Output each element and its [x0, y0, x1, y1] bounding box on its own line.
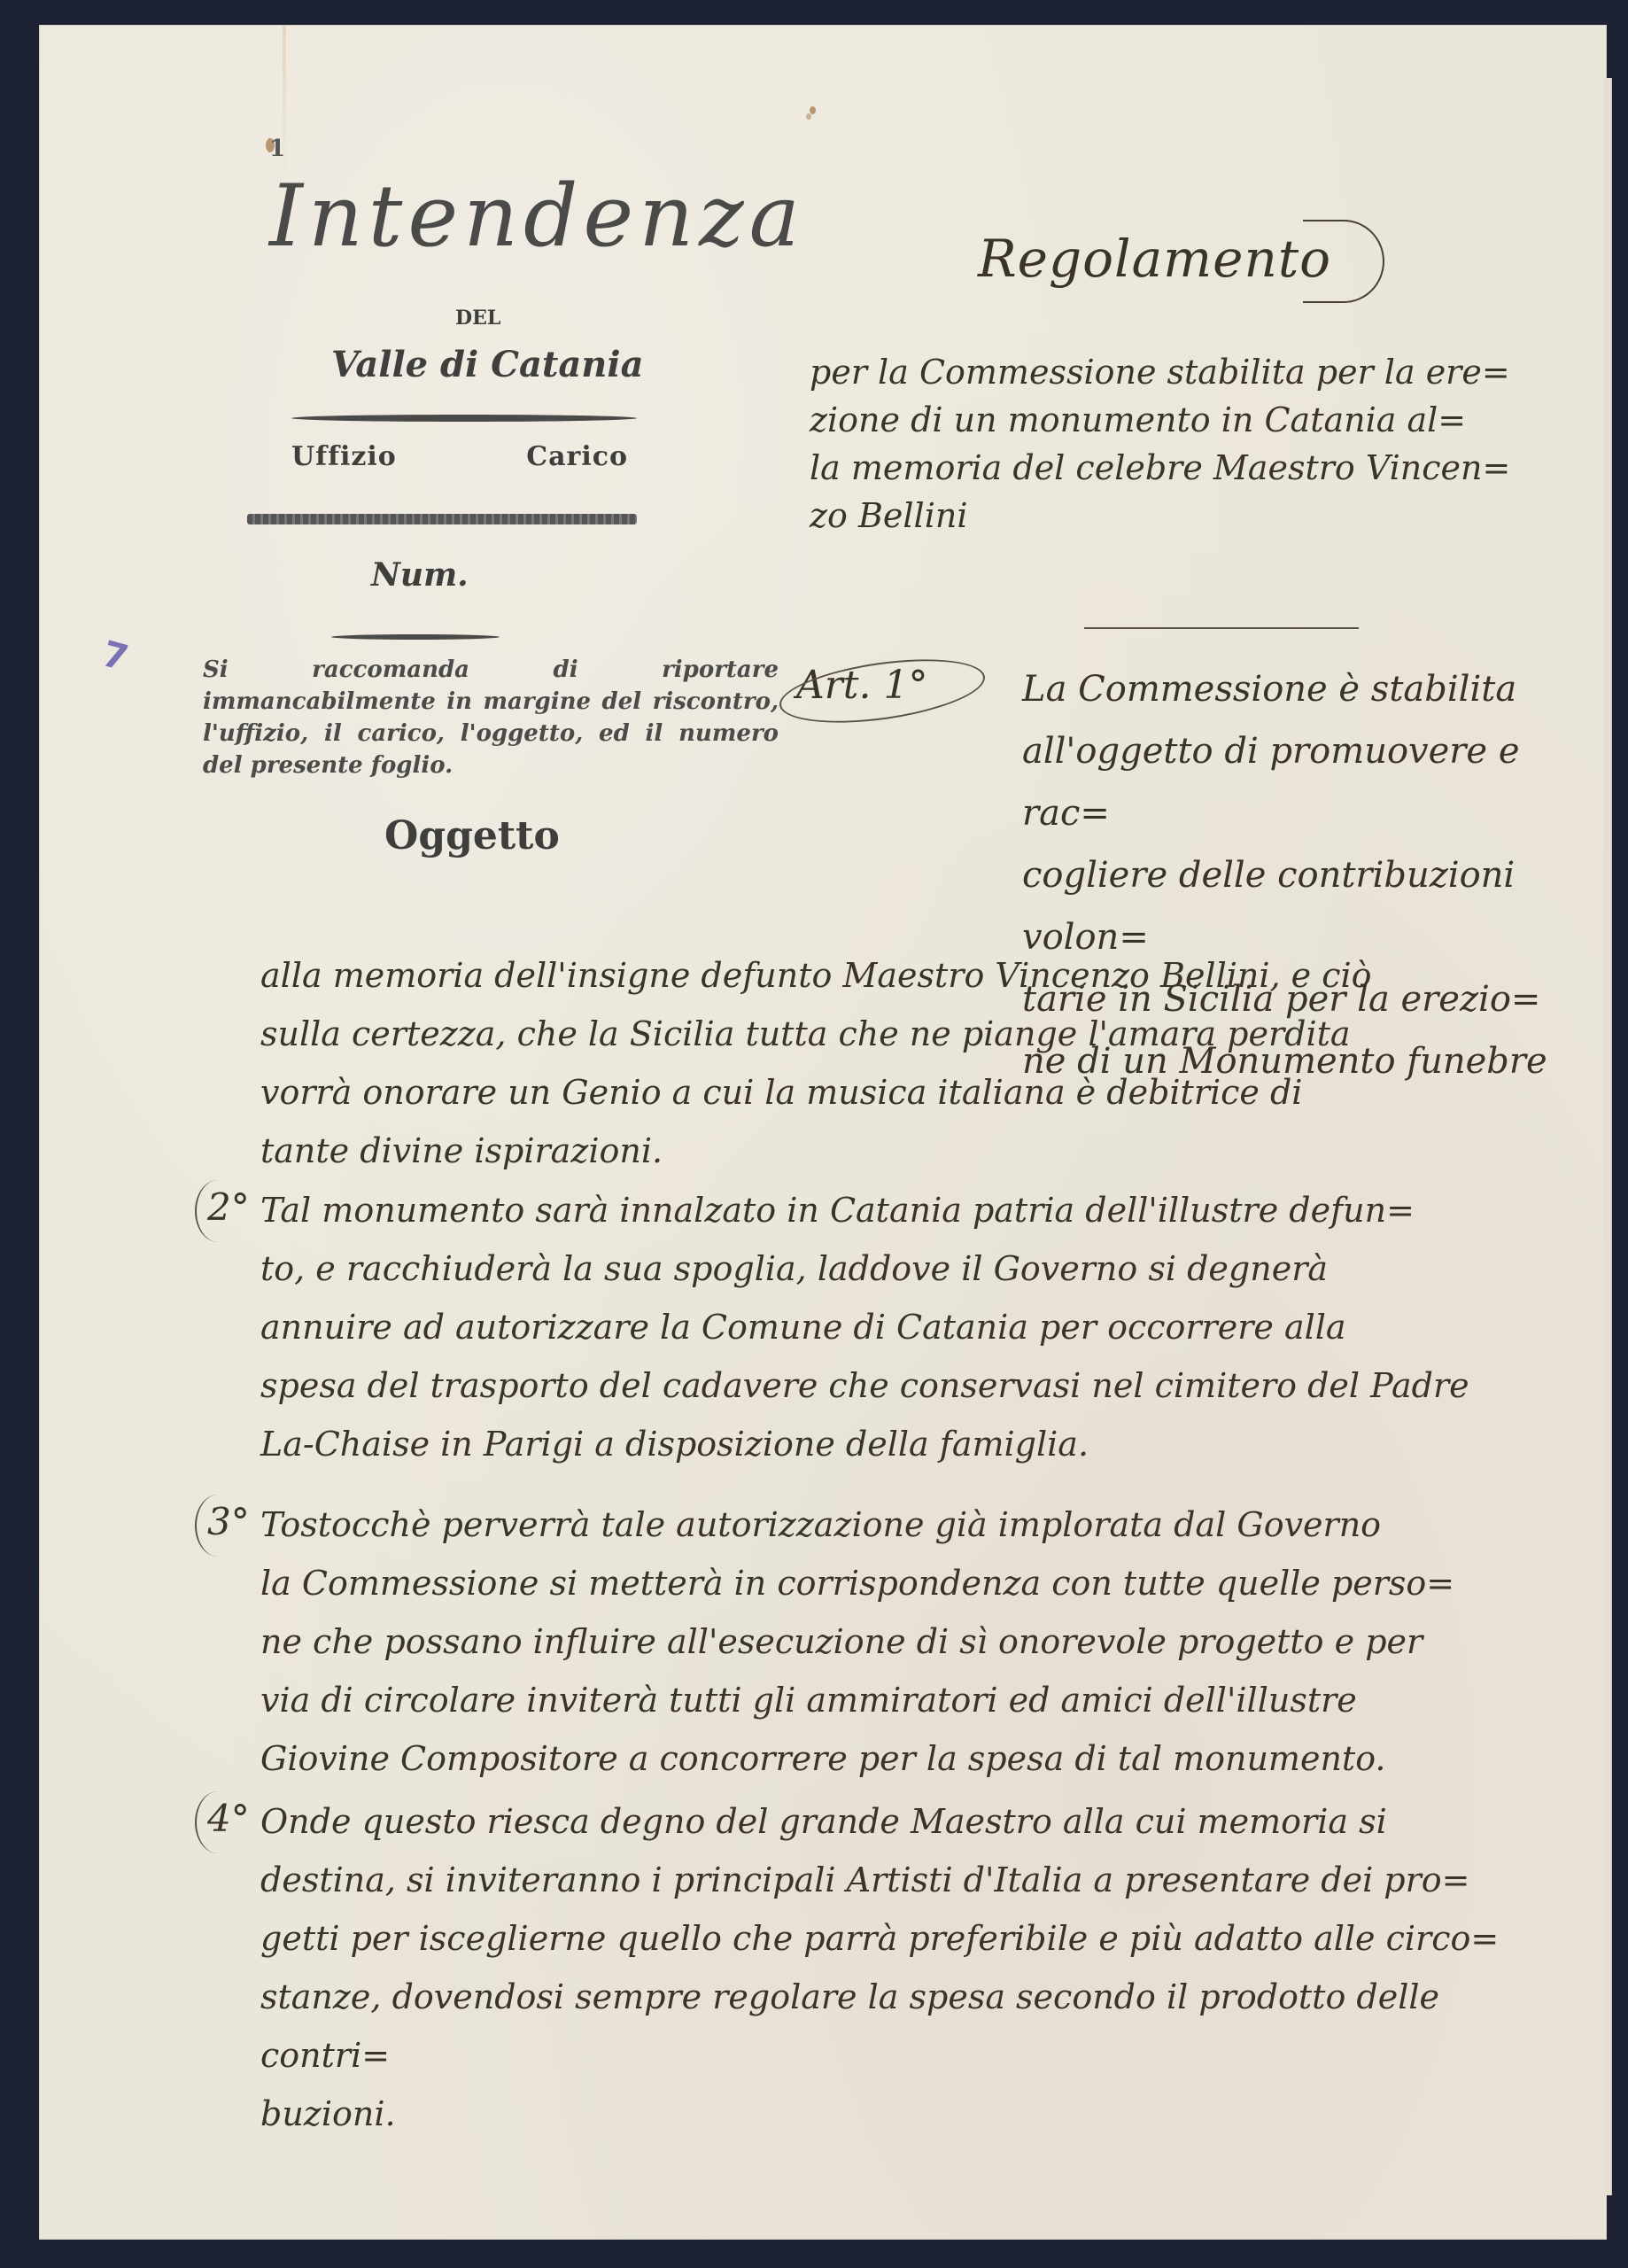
- article-line: sulla certezza, che la Sicilia tutta che…: [260, 1005, 1554, 1063]
- uffizio-label: Uffizio: [291, 441, 397, 472]
- manuscript-page: 1 Intendenza DEL Valle di Catania Uffizi…: [39, 25, 1607, 2240]
- preamble-line: zione di un monumento in Catania al=: [810, 396, 1536, 444]
- article-3-label: 3°: [207, 1500, 250, 1543]
- article-line: to, e racchiuderà la sua spoglia, laddov…: [260, 1239, 1554, 1298]
- article-4: Onde questo riesca degno del grande Maes…: [260, 1792, 1554, 2143]
- letterhead-province: Valle di Catania: [331, 344, 643, 385]
- article-line: vorrà onorare un Genio a cui la musica i…: [260, 1063, 1554, 1122]
- article-line: Tal monumento sarà innalzato in Catania …: [260, 1181, 1554, 1239]
- preamble-line: la memoria del celebre Maestro Vincen=: [810, 444, 1536, 492]
- article-line: tante divine ispirazioni.: [260, 1122, 1554, 1180]
- carico-label: Carico: [526, 441, 628, 472]
- page-mark: 1: [269, 136, 285, 162]
- article-line: la Commessione si metterà in corrisponde…: [260, 1554, 1554, 1612]
- article-4-label: 4°: [207, 1797, 250, 1840]
- margin-pencil-mark: 7: [98, 633, 133, 680]
- article-line: stanze, dovendosi sempre regolare la spe…: [260, 1968, 1554, 2085]
- preamble-line: per la Commessione stabilita per la ere=: [810, 348, 1536, 396]
- article-line: annuire ad autorizzare la Comune di Cata…: [260, 1298, 1554, 1356]
- article-line: buzioni.: [260, 2085, 1554, 2143]
- article-1-label: Art. 1°: [796, 663, 927, 708]
- letterhead-title: Intendenza: [269, 167, 805, 266]
- article-2-label: 2°: [207, 1185, 250, 1229]
- ornamental-divider: [291, 415, 637, 422]
- stacked-sheet-edge: [1604, 78, 1612, 2195]
- handwritten-rule: [1084, 627, 1359, 629]
- ornamental-divider: [331, 634, 500, 640]
- article-line: destina, si inviteranno i principali Art…: [260, 1851, 1554, 1909]
- article-line: alla memoria dell'insigne defunto Maestr…: [260, 946, 1554, 1005]
- thick-rule: [247, 514, 637, 524]
- ink-stain: [806, 113, 811, 120]
- preamble: per la Commessione stabilita per la ere=…: [810, 348, 1536, 540]
- article-line: getti per isceglierne quello che parrà p…: [260, 1909, 1554, 1968]
- article-line: La-Chaise in Parigi a disposizione della…: [260, 1415, 1554, 1473]
- article-line: via di circolare inviterà tutti gli ammi…: [260, 1671, 1554, 1729]
- preamble-line: zo Bellini: [810, 492, 1536, 540]
- article-line: all'oggetto di promuovere e rac=: [1022, 720, 1554, 844]
- oggetto-label: Oggetto: [384, 813, 560, 858]
- article-line: spesa del trasporto del cadavere che con…: [260, 1356, 1554, 1415]
- article-line: La Commessione è stabilita: [1022, 658, 1554, 720]
- article-line: Tostocchè perverrà tale autorizzazione g…: [260, 1495, 1554, 1554]
- article-2: Tal monumento sarà innalzato in Catania …: [260, 1181, 1554, 1473]
- article-line: Giovine Compositore a concorrere per la …: [260, 1729, 1554, 1788]
- ink-stain: [810, 106, 816, 114]
- letterhead-del: DEL: [455, 307, 500, 330]
- article-1-continued: alla memoria dell'insigne defunto Maestr…: [260, 946, 1554, 1180]
- article-line: Onde questo riesca degno del grande Maes…: [260, 1792, 1554, 1851]
- article-3: Tostocchè perverrà tale autorizzazione g…: [260, 1495, 1554, 1788]
- letterhead-fields: Uffizio Carico: [291, 441, 628, 472]
- article-line: ne che possano influire all'esecuzione d…: [260, 1612, 1554, 1671]
- num-label: Num.: [371, 556, 469, 594]
- document-title: Regolamento: [978, 229, 1331, 289]
- printed-notice: Si raccomanda di riportare immancabilmen…: [203, 654, 779, 781]
